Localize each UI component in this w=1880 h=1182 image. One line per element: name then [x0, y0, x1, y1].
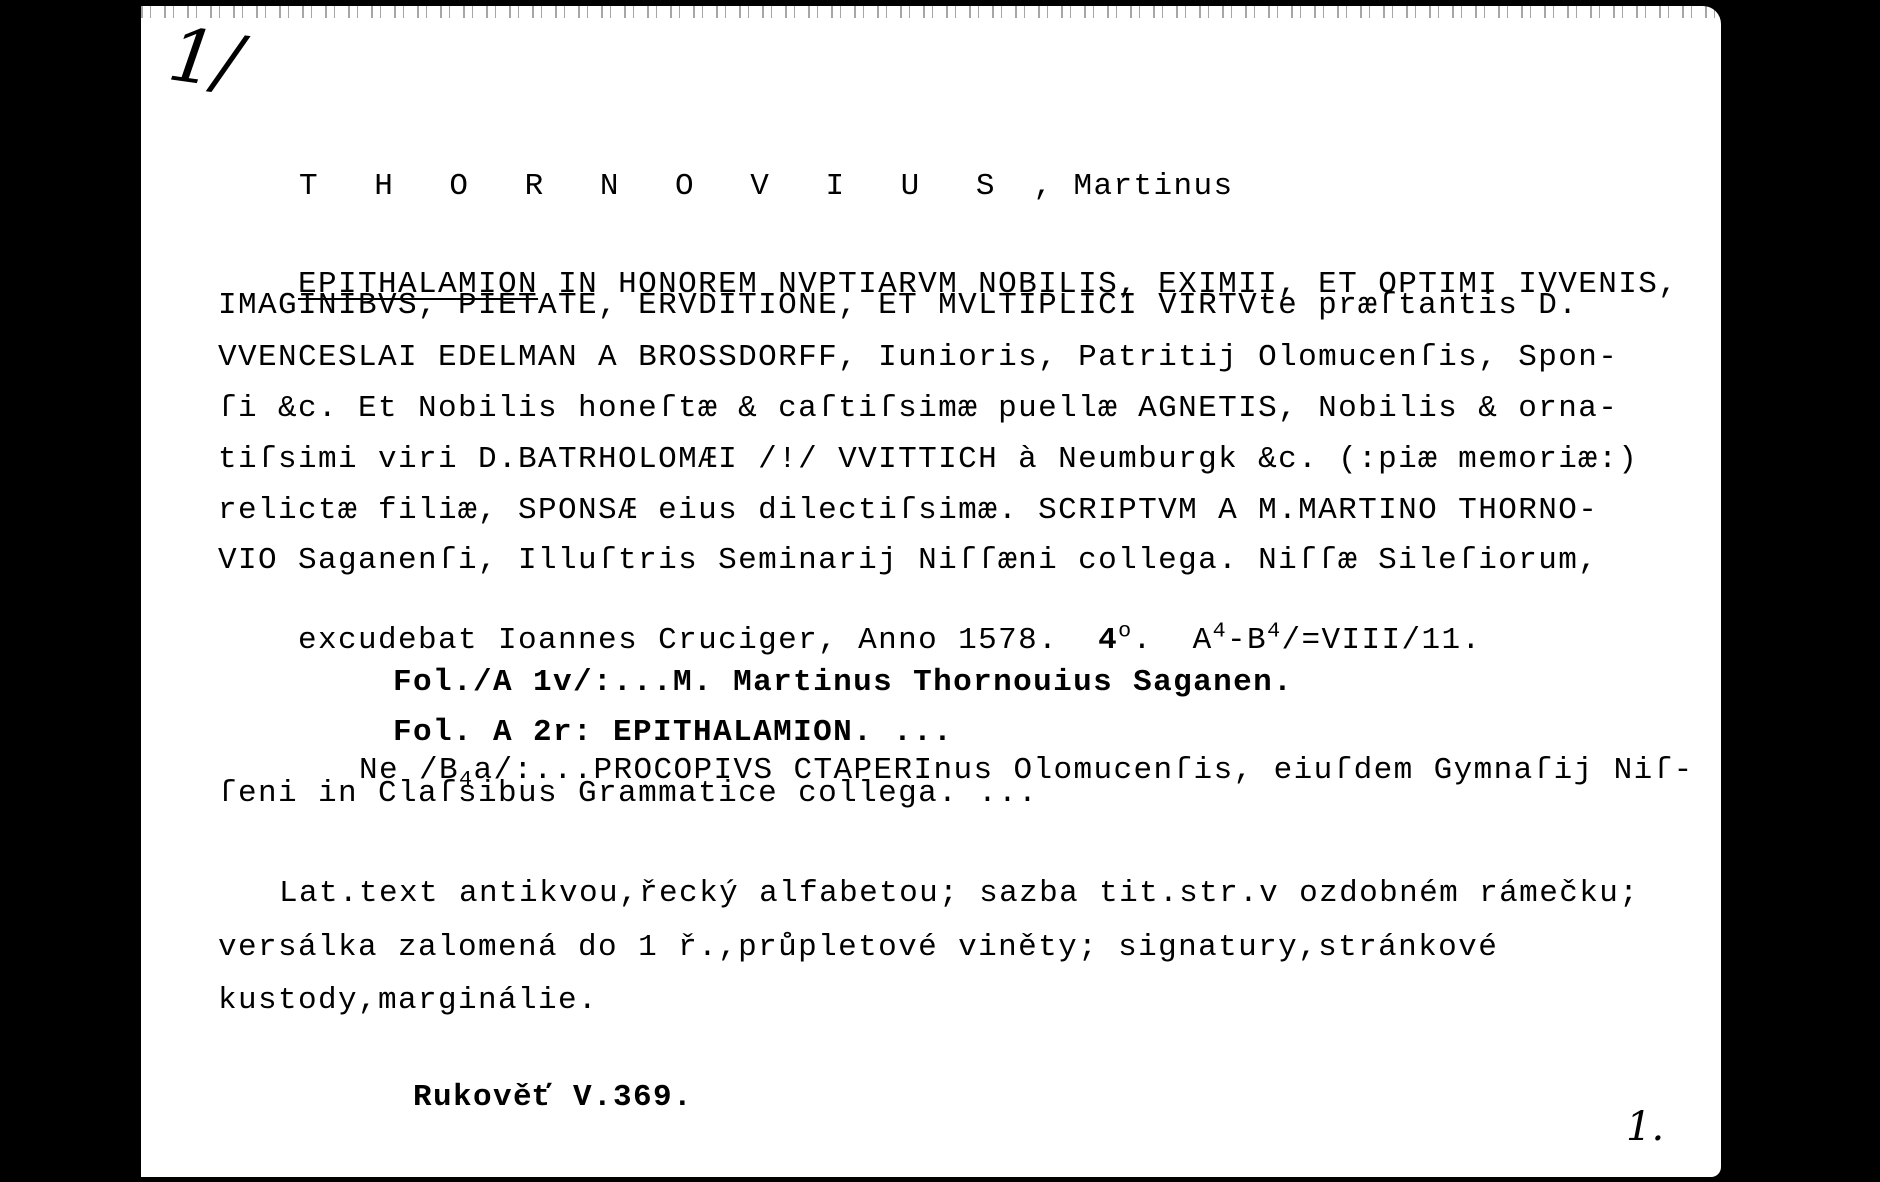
catalog-card: 1/ T H O R N O V I U S , Martinus EPITHA… — [141, 6, 1721, 1177]
title-line: tiſsimi viri D.BATRHOLOMÆI /!/ VVITTICH … — [218, 444, 1638, 475]
author-given-name: Martinus — [1074, 169, 1234, 204]
handwritten-mark-bottom: 1. — [1626, 1104, 1664, 1150]
reference: Rukověť V.369. — [413, 1082, 693, 1113]
title-line: IMAGINIBVS, PIETATE, ERVDITIONE, ET MVLT… — [218, 290, 1578, 321]
handwritten-mark-top: 1/ — [163, 11, 246, 106]
note-line: kustody,marginálie. — [218, 985, 598, 1016]
title-line: relictæ filiæ, SPONSÆ eius dilectiſsimæ.… — [218, 495, 1598, 526]
title-line: VVENCESLAI EDELMAN A BROSSDORFF, Iuniori… — [218, 342, 1618, 373]
collation-end: /=VIII/11. — [1281, 623, 1481, 658]
ne-continuation: ſeni in Claſsibus Grammatice collega. ..… — [218, 778, 1038, 809]
heading-separator: , — [1013, 169, 1073, 204]
note-line: versálka zalomená do 1 ř.,průpletové vin… — [218, 932, 1498, 963]
title-line: ſi &c. Et Nobilis honeſtæ & caſtiſsimæ p… — [218, 393, 1618, 424]
author-heading: T H O R N O V I U S , Martinus — [219, 140, 1234, 233]
title-line: VIO Saganenſi, Illuſtris Seminarij Niſſæ… — [218, 545, 1598, 576]
author-surname: T H O R N O V I U S — [299, 169, 1013, 204]
note-line: Lat.text antikvou,řecký alfabetou; sazba… — [279, 878, 1639, 909]
